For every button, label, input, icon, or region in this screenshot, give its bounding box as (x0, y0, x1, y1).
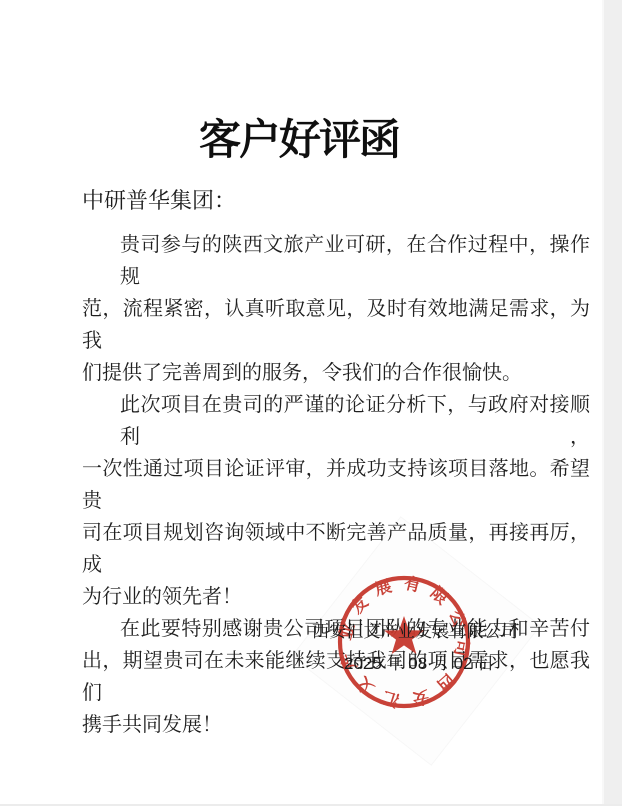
paragraph: 贵司参与的陕西文旅产业可研，在合作过程中，操作规 范，流程紧密，认真听取意见，及… (82, 229, 590, 389)
body-line: 贵司参与的陕西文旅产业可研，在合作过程中，操作规 (82, 229, 590, 293)
body-line: 携手共同发展！ (82, 709, 590, 741)
salutation: 中研普华集团： (82, 185, 590, 217)
signature-company: 西安汇文产业发展有限公司 (312, 620, 518, 644)
page-title: 客户好评函 (82, 112, 516, 168)
body-line: 一次性通过项目论证评审，并成功支持该项目落地。希望贵 (82, 453, 590, 517)
body-line: 们提供了完善周到的服务，令我们的合作很愉快。 (82, 357, 590, 389)
right-gray-panel (604, 0, 622, 806)
body-line: 范，流程紧密，认真听取意见，及时有效地满足需求，为我 (82, 293, 590, 357)
signature-date: 2025 年 08 月 02 日 (344, 652, 504, 676)
letter-page: 客户好评函 中研普华集团： 贵司参与的陕西文旅产业可研，在合作过程中，操作规 范… (0, 0, 622, 806)
body-line: 此次项目在贵司的严谨的论证分析下，与政府对接顺利， (82, 389, 590, 453)
